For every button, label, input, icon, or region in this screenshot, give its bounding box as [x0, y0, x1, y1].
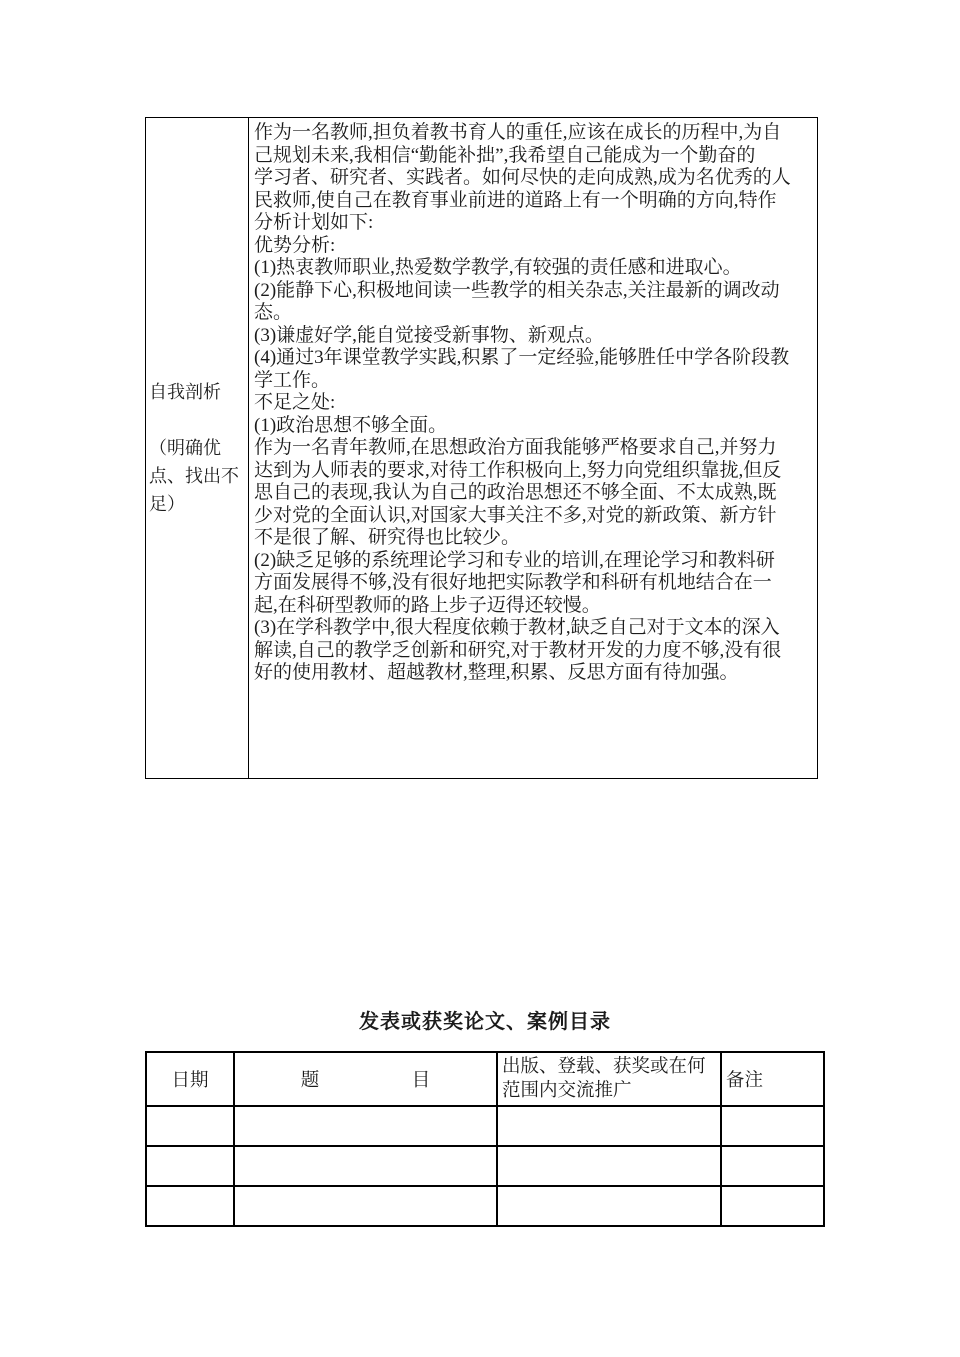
- text-line: 点、找出不: [149, 462, 247, 490]
- text-line: (1)热衷教师职业,热爱数学教学,有较强的责任感和进取心。: [254, 257, 813, 280]
- self-analysis-table: 自我剖析 （明确优点、找出不足） 作为一名教师,担负着教书育人的重任,应该在成长…: [145, 117, 818, 779]
- text-line: (4)通过3年课堂教学实践,积累了一定经验,能够胜任中学各阶段教: [254, 347, 813, 370]
- text-line: 学工作。: [254, 370, 813, 393]
- text-line: 少对党的全面认识,对国家大事关注不多,对党的新政策、新方针: [254, 505, 813, 528]
- text-line: (2)缺乏足够的系统理论学习和专业的培训,在理论学习和教料研: [254, 550, 813, 573]
- table-row: [147, 1147, 823, 1187]
- text-line: 出版、登载、获奖或在何: [502, 1055, 720, 1079]
- table-cell: [498, 1187, 722, 1225]
- text-line: 民救师,使自己在教育事业前进的道路上有一个明确的方向,特作: [254, 190, 813, 213]
- text-line: 不足之处:: [254, 392, 813, 415]
- text-line: 不是很了解、研究得也比较少。: [254, 527, 813, 550]
- self-analysis-text-cell: 作为一名教师,担负着教书育人的重任,应该在成长的历程中,为自己规划未来,我相信“…: [249, 118, 817, 778]
- text-line: 方面发展得不够,没有很好地把实际教学和科研有机地结合在一: [254, 572, 813, 595]
- table-cell: [722, 1147, 823, 1185]
- text-line: （明确优: [149, 434, 247, 462]
- self-analysis-label-cell: 自我剖析 （明确优点、找出不足）: [146, 118, 249, 778]
- text-line: (1)政治思想不够全面。: [254, 415, 813, 438]
- table-cell: [722, 1187, 823, 1225]
- table-cell: [498, 1147, 722, 1185]
- text-line: 足）: [149, 490, 247, 518]
- text-line: 范围内交流推广: [502, 1079, 720, 1103]
- document-page: 自我剖析 （明确优点、找出不足） 作为一名教师,担负着教书育人的重任,应该在成长…: [0, 0, 960, 1357]
- text-line: 作为一名教师,担负着教书育人的重任,应该在成长的历程中,为自: [254, 122, 813, 145]
- text-line: 达到为人师表的要求,对待工作积极向上,努力向党组织靠拢,但反: [254, 460, 813, 483]
- table-cell: [147, 1147, 235, 1185]
- text-line: 好的使用教材、超越教材,整理,积累、反思方面有待加强。: [254, 662, 813, 685]
- text-line: 思自己的表现,我认为自己的政治思想还不够全面、不太成熟,既: [254, 482, 813, 505]
- table-row: [147, 1187, 823, 1225]
- text-line: 起,在科研型教师的路上步子迈得还较慢。: [254, 595, 813, 618]
- papers-table-header-row: 日期 题 目 出版、登载、获奖或在何范围内交流推广 备注: [147, 1053, 823, 1107]
- text-line: 己规划未来,我相信“勤能补拙”,我希望自己能成为一个勤奋的: [254, 145, 813, 168]
- table-cell: [722, 1107, 823, 1145]
- text-line: [149, 406, 247, 434]
- header-remark: 备注: [722, 1053, 823, 1105]
- table-row: [147, 1107, 823, 1147]
- text-line: (2)能静下心,积极地间读一些教学的相关杂志,关注最新的调改动: [254, 280, 813, 303]
- papers-table: 日期 题 目 出版、登载、获奖或在何范围内交流推广 备注: [145, 1051, 825, 1227]
- text-line: 作为一名青年教师,在思想政治方面我能够严格要求自己,并努力: [254, 437, 813, 460]
- papers-table-body: [147, 1107, 823, 1225]
- text-line: 优势分析:: [254, 235, 813, 258]
- table-cell: [235, 1107, 498, 1145]
- table-cell: [147, 1187, 235, 1225]
- text-line: (3)在学科教学中,很大程度依赖于教材,缺乏自己对于文本的深入: [254, 617, 813, 640]
- table-cell: [498, 1107, 722, 1145]
- text-line: 分析计划如下:: [254, 212, 813, 235]
- text-line: 解读,自己的教学乏创新和研究,对于教材开发的力度不够,没有很: [254, 640, 813, 663]
- text-line: 学习者、研究者、实践者。如何尽快的走向成熟,成为名优秀的人: [254, 167, 813, 190]
- header-title: 题 目: [235, 1053, 498, 1105]
- header-publication: 出版、登载、获奖或在何范围内交流推广: [498, 1053, 722, 1105]
- table-cell: [147, 1107, 235, 1145]
- table-cell: [235, 1147, 498, 1185]
- text-line: 自我剖析: [149, 378, 247, 406]
- header-date: 日期: [147, 1053, 235, 1105]
- papers-section-title: 发表或获奖论文、案例目录: [145, 1005, 825, 1034]
- text-line: (3)谦虚好学,能自觉接受新事物、新观点。: [254, 325, 813, 348]
- table-cell: [235, 1187, 498, 1225]
- text-line: 态。: [254, 302, 813, 325]
